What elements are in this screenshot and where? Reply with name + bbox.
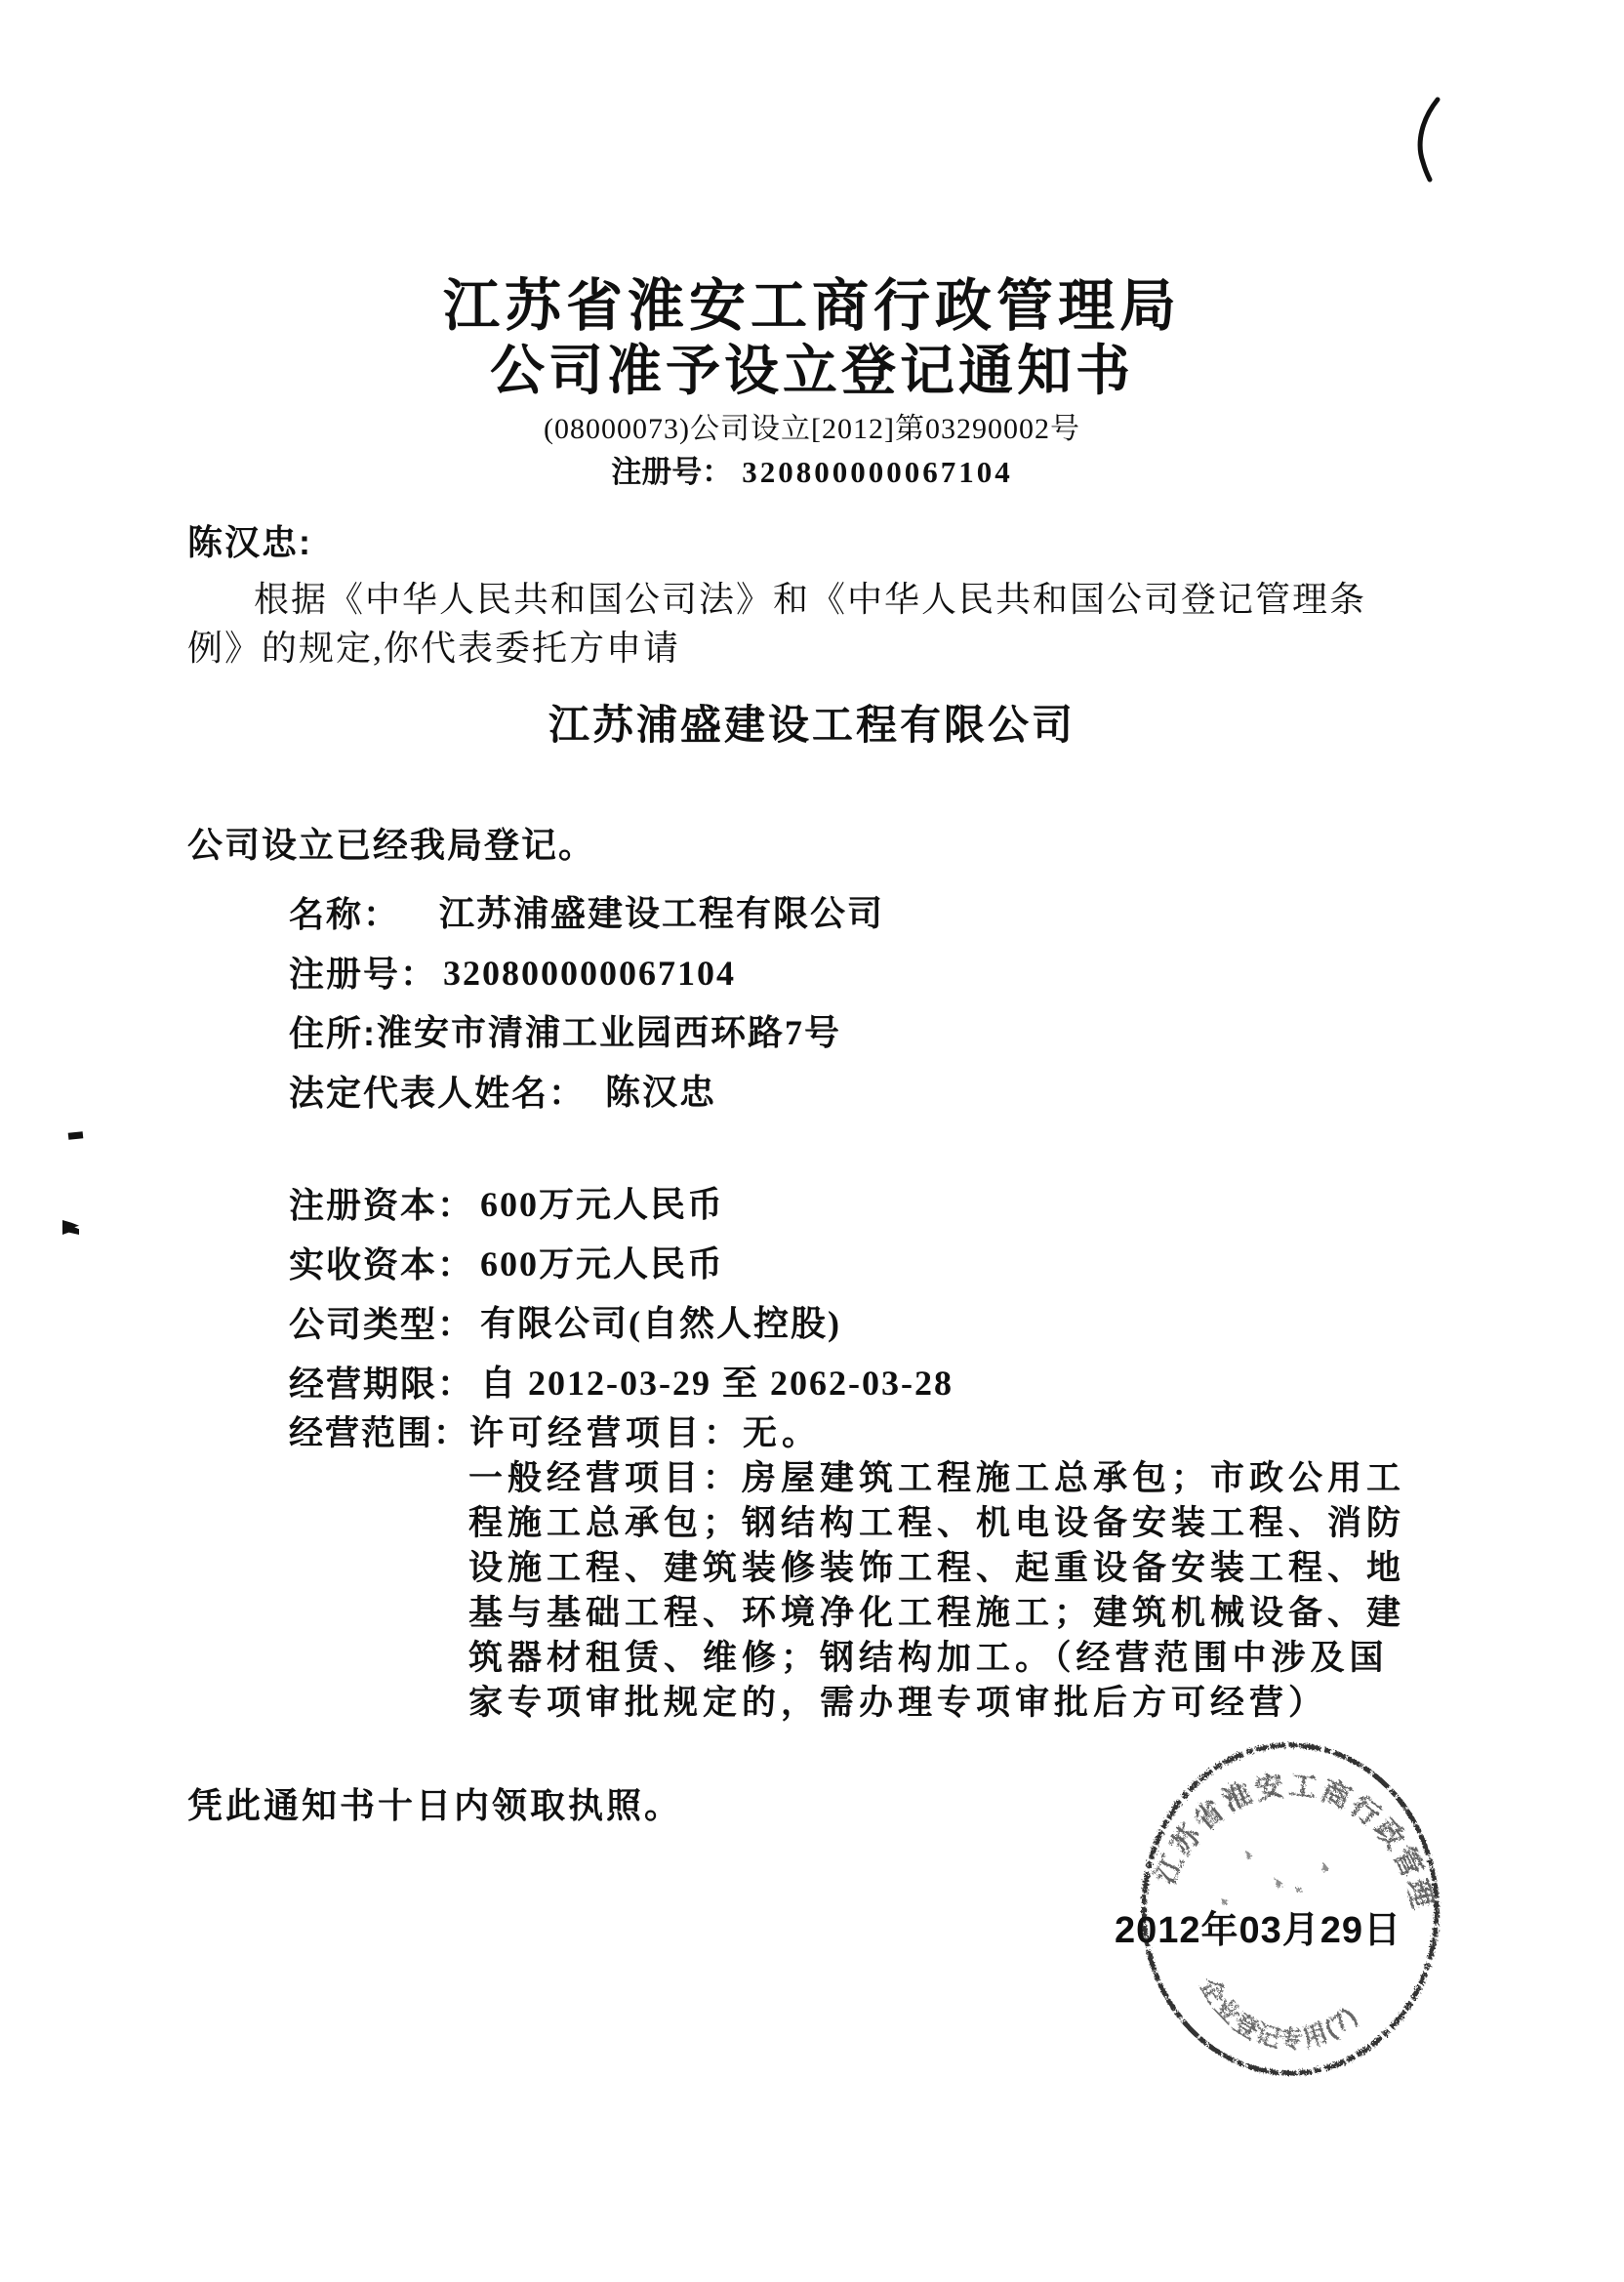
- registration-number-value: 320800000067104: [742, 455, 1013, 489]
- document-title-line2: 公司准予设立登记通知书: [0, 328, 1624, 406]
- field-row-name: 名称： 江苏浦盛建设工程有限公司: [289, 884, 884, 944]
- field-row-business-term: 经营期限： 自 2012-03-29 至 2062-03-28: [289, 1354, 954, 1413]
- registration-number-line: 注册号：320800000067104: [0, 447, 1624, 491]
- field-row-paidin-capital: 实收资本： 600万元人民币: [289, 1235, 954, 1294]
- license-pickup-notice: 凭此通知书十日内领取执照。: [187, 1778, 682, 1828]
- business-scope-line: 一般经营项目：房屋建筑工程施工总承包；市政公用工: [468, 1456, 1405, 1501]
- field-label: 名称：: [289, 884, 400, 944]
- business-scope-line: 家专项审批规定的，需办理专项审批后方可经营）: [468, 1681, 1327, 1726]
- registration-number-label: 注册号：: [611, 455, 732, 489]
- field-label: 经营期限：: [289, 1354, 474, 1413]
- business-scope: 经营范围： 许可经营项目：无。 一般经营项目：房屋建筑工程施工总承包；市政公用工…: [289, 1411, 1405, 1726]
- field-row-address: 住所: 淮安市清浦工业园西环路7号: [289, 1003, 884, 1063]
- issue-date: 2012年03月29日: [1115, 1899, 1401, 1953]
- field-label: 注册号：: [289, 944, 437, 1003]
- salutation: 陈汉忠:: [187, 515, 312, 565]
- field-row-registered-capital: 注册资本： 600万元人民币: [289, 1175, 954, 1235]
- field-value: 江苏浦盛建设工程有限公司: [439, 884, 884, 944]
- svg-text:企业登记专用(7): 企业登记专用(7): [1195, 1974, 1363, 2054]
- business-scope-row: 设施工程、建筑装修装饰工程、起重设备安装工程、地: [289, 1546, 1405, 1591]
- business-scope-row: 程施工总承包；钢结构工程、机电设备安装工程、消防: [289, 1501, 1405, 1546]
- field-value: 320800000067104: [443, 944, 736, 1003]
- business-scope-row: 基与基础工程、环境净化工程施工；建筑机械设备、建: [289, 1591, 1405, 1636]
- business-scope-line: 设施工程、建筑装修装饰工程、起重设备安装工程、地: [468, 1546, 1405, 1591]
- field-label: 实收资本：: [289, 1235, 474, 1294]
- svg-text:江苏省淮安工商行政管理局: 江苏省淮安工商行政管理局: [1128, 1733, 1439, 1914]
- ink-mark-dash: [68, 1131, 84, 1140]
- document-number: (08000073)公司设立[2012]第03290002号: [0, 404, 1624, 447]
- registered-note: 公司设立已经我局登记。: [187, 818, 595, 868]
- field-row-company-type: 公司类型： 有限公司(自然人控股): [289, 1294, 954, 1354]
- ink-mark-speck: [62, 1220, 79, 1235]
- field-value: 600万元人民币: [480, 1175, 724, 1235]
- field-value: 陈汉忠: [605, 1063, 716, 1122]
- field-value: 有限公司(自然人控股): [480, 1294, 841, 1354]
- field-label: 注册资本：: [289, 1175, 474, 1235]
- business-scope-row: 一般经营项目：房屋建筑工程施工总承包；市政公用工: [289, 1456, 1405, 1501]
- business-scope-line: 程施工总承包；钢结构工程、机电设备安装工程、消防: [468, 1501, 1405, 1546]
- business-scope-label: 经营范围：: [289, 1411, 469, 1456]
- pen-mark-paren: [1408, 94, 1451, 183]
- document-page: 江苏省淮安工商行政管理局 公司准予设立登记通知书 (08000073)公司设立[…: [0, 0, 1624, 2282]
- business-scope-line: 基与基础工程、环境净化工程施工；建筑机械设备、建: [468, 1591, 1405, 1636]
- field-value: 600万元人民币: [480, 1235, 724, 1294]
- business-scope-row: 筑器材租赁、维修；钢结构加工。（经营范围中涉及国: [289, 1636, 1405, 1681]
- field-label: 法定代表人姓名：: [289, 1063, 586, 1122]
- field-row-regno: 注册号： 320800000067104: [289, 944, 884, 1003]
- business-scope-row: 家专项审批规定的，需办理专项审批后方可经营）: [289, 1681, 1405, 1726]
- intro-paragraph-line2: 例》的规定,你代表委托方申请: [187, 621, 680, 671]
- seal-ink-speckles: [1222, 1851, 1329, 1904]
- seal-arc-bottom-text: 企业登记专用(7): [1195, 1974, 1363, 2054]
- field-label: 住所:: [289, 1003, 377, 1063]
- company-details-group2: 注册资本： 600万元人民币 实收资本： 600万元人民币 公司类型： 有限公司…: [289, 1175, 954, 1413]
- business-scope-line: 许可经营项目：无。: [469, 1411, 821, 1456]
- field-value: 自 2012-03-29 至 2062-03-28: [480, 1354, 954, 1413]
- company-name: 江苏浦盛建设工程有限公司: [0, 693, 1624, 752]
- intro-paragraph-line1: 根据《中华人民共和国公司法》和《中华人民共和国公司登记管理条: [254, 572, 1366, 622]
- seal-arc-top-text: 江苏省淮安工商行政管理局: [1128, 1733, 1439, 1914]
- business-scope-line: 筑器材租赁、维修；钢结构加工。（经营范围中涉及国: [468, 1636, 1389, 1681]
- field-label: 公司类型：: [289, 1294, 474, 1354]
- field-value: 淮安市清浦工业园西环路7号: [377, 1003, 841, 1063]
- field-row-legal-rep: 法定代表人姓名： 陈汉忠: [289, 1063, 884, 1122]
- company-details-group1: 名称： 江苏浦盛建设工程有限公司 注册号： 320800000067104 住所…: [289, 884, 884, 1122]
- business-scope-row: 经营范围： 许可经营项目：无。: [289, 1411, 1405, 1456]
